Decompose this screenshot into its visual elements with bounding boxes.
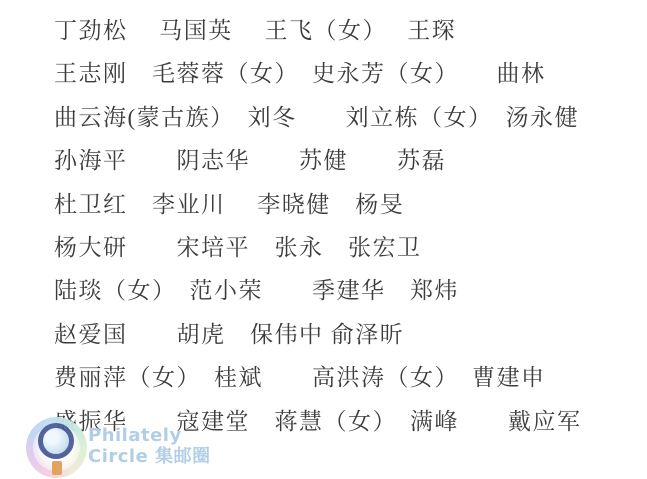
scanned-name-list-page: 丁劲松 马国英 王飞（女） 王琛 王志刚 毛蓉蓉（女） 史永芳（女） 曲林 曲云… <box>0 0 647 479</box>
name-row: 曲云海(蒙古族） 刘冬 刘立栋（女） 汤永健 <box>54 96 582 139</box>
name-row: 杨大研 宋培平 张永 张宏卫 <box>54 226 582 269</box>
name-row: 杜卫红 李业川 李晓健 杨旻 <box>54 183 582 226</box>
watermark-line2: Circle 集邮圈 <box>88 446 211 467</box>
name-list: 丁劲松 马国英 王飞（女） 王琛 王志刚 毛蓉蓉（女） 史永芳（女） 曲林 曲云… <box>54 9 582 443</box>
name-row: 费丽萍（女） 桂斌 高洪涛（女） 曹建申 <box>54 356 582 399</box>
name-row: 丁劲松 马国英 王飞（女） 王琛 <box>54 9 582 52</box>
name-row: 盛振华 寇建堂 蒋慧（女） 满峰 戴应军 <box>54 400 582 443</box>
magnifier-handle <box>52 461 62 475</box>
name-row: 王志刚 毛蓉蓉（女） 史永芳（女） 曲林 <box>54 52 582 95</box>
name-row: 赵爱国 胡虎 保伟中 俞泽昕 <box>54 313 582 356</box>
name-row: 陆琰（女） 范小荣 季建华 郑炜 <box>54 269 582 312</box>
name-row: 孙海平 阴志华 苏健 苏磊 <box>54 139 582 182</box>
